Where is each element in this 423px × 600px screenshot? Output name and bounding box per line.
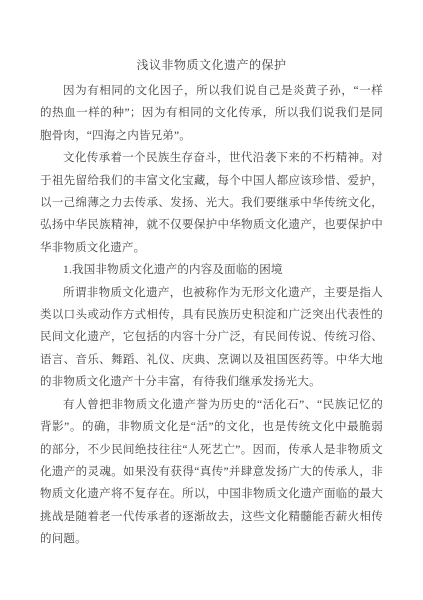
document-page: 浅议非物质文化遗产的保护 因为有相同的文化因子，所以我们说自己是炎黄子孙，“一样… bbox=[0, 0, 423, 600]
paragraph-intro-culture-factor: 因为有相同的文化因子，所以我们说自己是炎黄子孙，“一样的热血一样的种”；因为有相… bbox=[40, 80, 383, 147]
section-heading-1: 1.我国非物质文化遗产的内容及面临的困境 bbox=[40, 259, 383, 281]
document-title: 浅议非物质文化遗产的保护 bbox=[40, 54, 383, 76]
paragraph-culture-inheritance: 文化传承着一个民族生存奋斗，世代沿袭下来的不朽精神。对于祖先留给我们的丰富文化宝… bbox=[40, 147, 383, 259]
paragraph-living-fossil-challenge: 有人曾把非物质文化遗产誉为历史的“活化石”、“民族记忆的背影”。的确，非物质文化… bbox=[40, 394, 383, 551]
paragraph-definition-intangible-heritage: 所谓非物质文化遗产，也被称作为无形文化遗产，主要是指人类以口头或动作方式相传，具… bbox=[40, 282, 383, 394]
